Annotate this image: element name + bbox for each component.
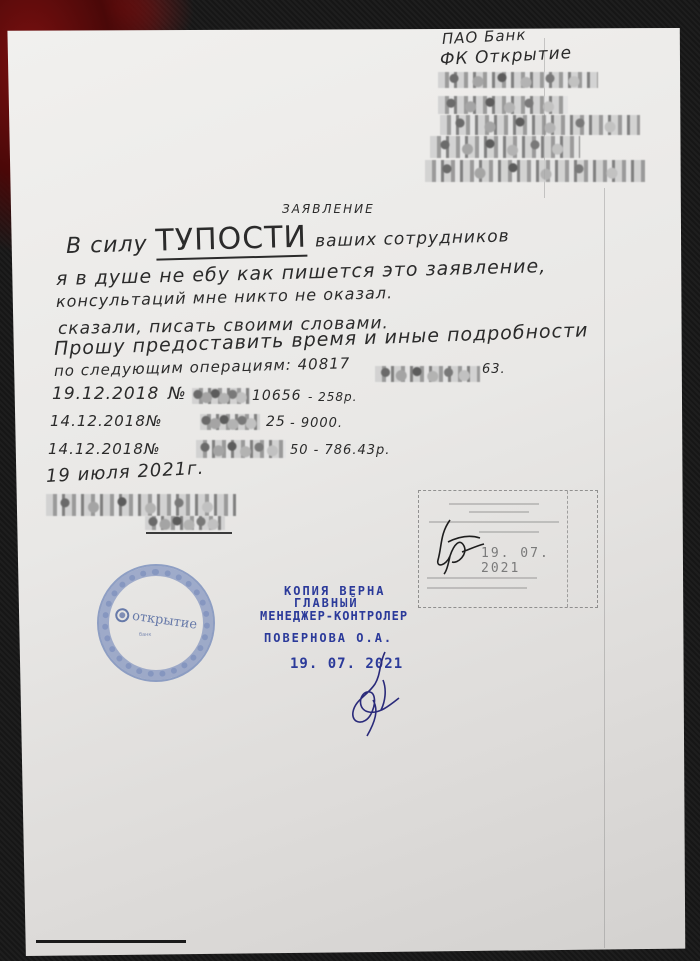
signature-certification-icon (345, 650, 405, 740)
bank-logo-subtext: банк (139, 632, 151, 638)
body-line-1-prefix: В силу (66, 232, 156, 259)
cert-stamp-line-3: МЕНЕДЖЕР-КОНТРОЛЕР (260, 609, 408, 623)
redacted-address-3 (440, 115, 640, 135)
bank-round-stamp: открытие банк (97, 564, 215, 682)
received-stamp-date: 19. 07. 2021 (481, 546, 597, 576)
redacted-address-2 (438, 96, 568, 114)
fold-line (604, 188, 605, 948)
cert-stamp-line-2: ГЛАВНЫЙ (294, 596, 359, 610)
bank-logo-icon (114, 607, 130, 623)
operation-1-number: 10656 (252, 388, 302, 404)
signature-received-icon (428, 516, 488, 576)
body-line-1-suffix: ваших сотрудников (315, 226, 510, 251)
operation-3-number-label: № (144, 440, 161, 458)
redacted-address-4 (430, 136, 580, 158)
signature-underline (146, 532, 232, 534)
cert-stamp-name: ПОВЕРНОВА О.А. (264, 631, 393, 645)
operation-2-amount: - 9000. (290, 416, 343, 431)
document-title: Заявление (282, 202, 375, 216)
operation-1-number-label: № (168, 384, 187, 404)
redacted-signature-name (46, 494, 236, 516)
redacted-operation-2 (200, 414, 260, 430)
redacted-signature (145, 516, 225, 530)
operation-2-number: 25 (266, 414, 286, 430)
operation-1-amount: - 258р. (308, 390, 358, 404)
body-line-1-emphasis: тупости (155, 220, 307, 261)
bottom-edge-mark (36, 940, 186, 943)
account-tail: 63. (482, 362, 506, 377)
operation-2-date: 14.12.2018 (50, 412, 146, 430)
operation-1-date: 19.12.2018 (52, 384, 159, 404)
redacted-address-5 (425, 160, 645, 182)
operation-3-amount: 50 - 786.43р. (290, 443, 390, 458)
operation-3-date: 14.12.2018 (48, 440, 144, 458)
redacted-operation-3 (196, 440, 286, 458)
redacted-operation-1 (192, 388, 250, 404)
redacted-address-1 (438, 72, 598, 88)
redacted-account-number (375, 366, 480, 382)
operation-2-number-label: № (146, 412, 163, 430)
